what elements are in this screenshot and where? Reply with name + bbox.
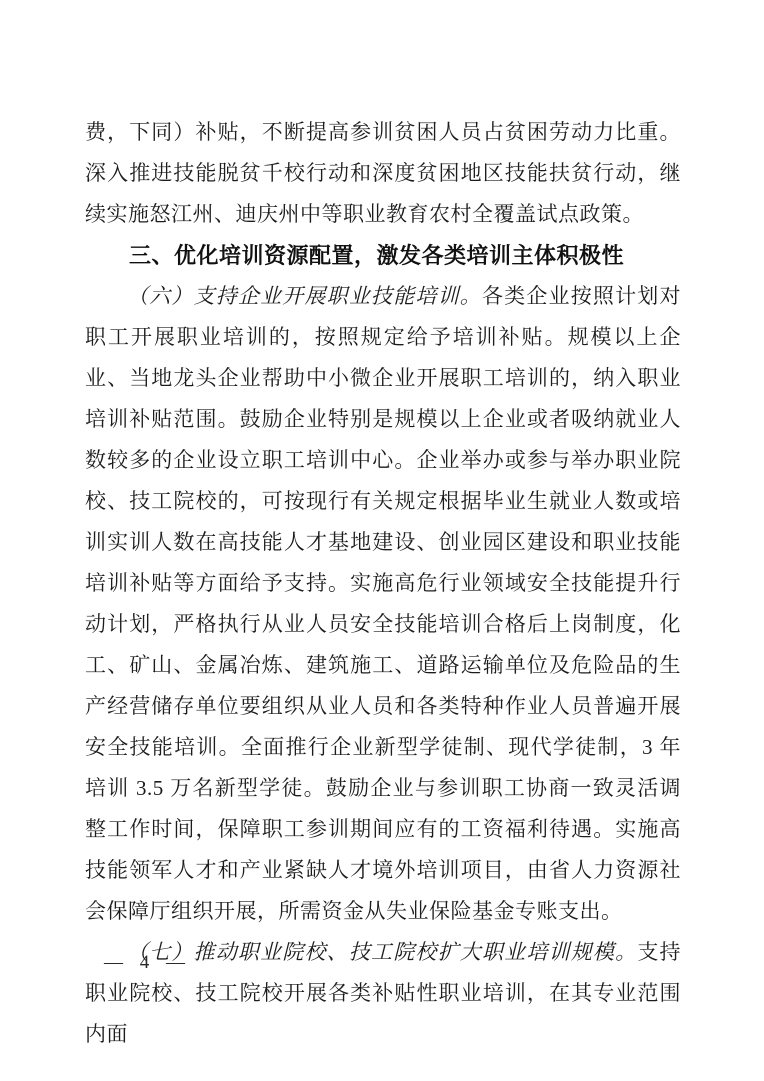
paragraph-item-6-lead: （六）支持企业开展职业技能培训。: [127, 284, 482, 308]
section-heading: 三、优化培训资源配置，激发各类培训主体积极性: [85, 235, 681, 276]
paragraph-item-7: （七）推动职业院校、技工院校扩大职业培训规模。支持职业院校、技工院校开展各类补贴…: [85, 932, 681, 1055]
paragraph-continuation: 费，下同）补贴，不断提高参训贫困人员占贫困劳动力比重。深入推进技能脱贫千校行动和…: [85, 112, 681, 235]
document-body: 费，下同）补贴，不断提高参训贫困人员占贫困劳动力比重。深入推进技能脱贫千校行动和…: [85, 112, 681, 1055]
paragraph-item-7-lead: （七）推动职业院校、技工院校扩大职业培训规模。: [127, 940, 637, 964]
paragraph-item-6: （六）支持企业开展职业技能培训。各类企业按照计划对职工开展职业培训的，按照规定给…: [85, 276, 681, 932]
document-page: 费，下同）补贴，不断提高参训贫困人员占贫困劳动力比重。深入推进技能脱贫千校行动和…: [0, 0, 764, 1081]
paragraph-item-6-text: 各类企业按照计划对职工开展职业培训的，按照规定给予培训补贴。规模以上企业、当地龙…: [85, 284, 681, 923]
page-number: — 4 —: [104, 952, 191, 974]
